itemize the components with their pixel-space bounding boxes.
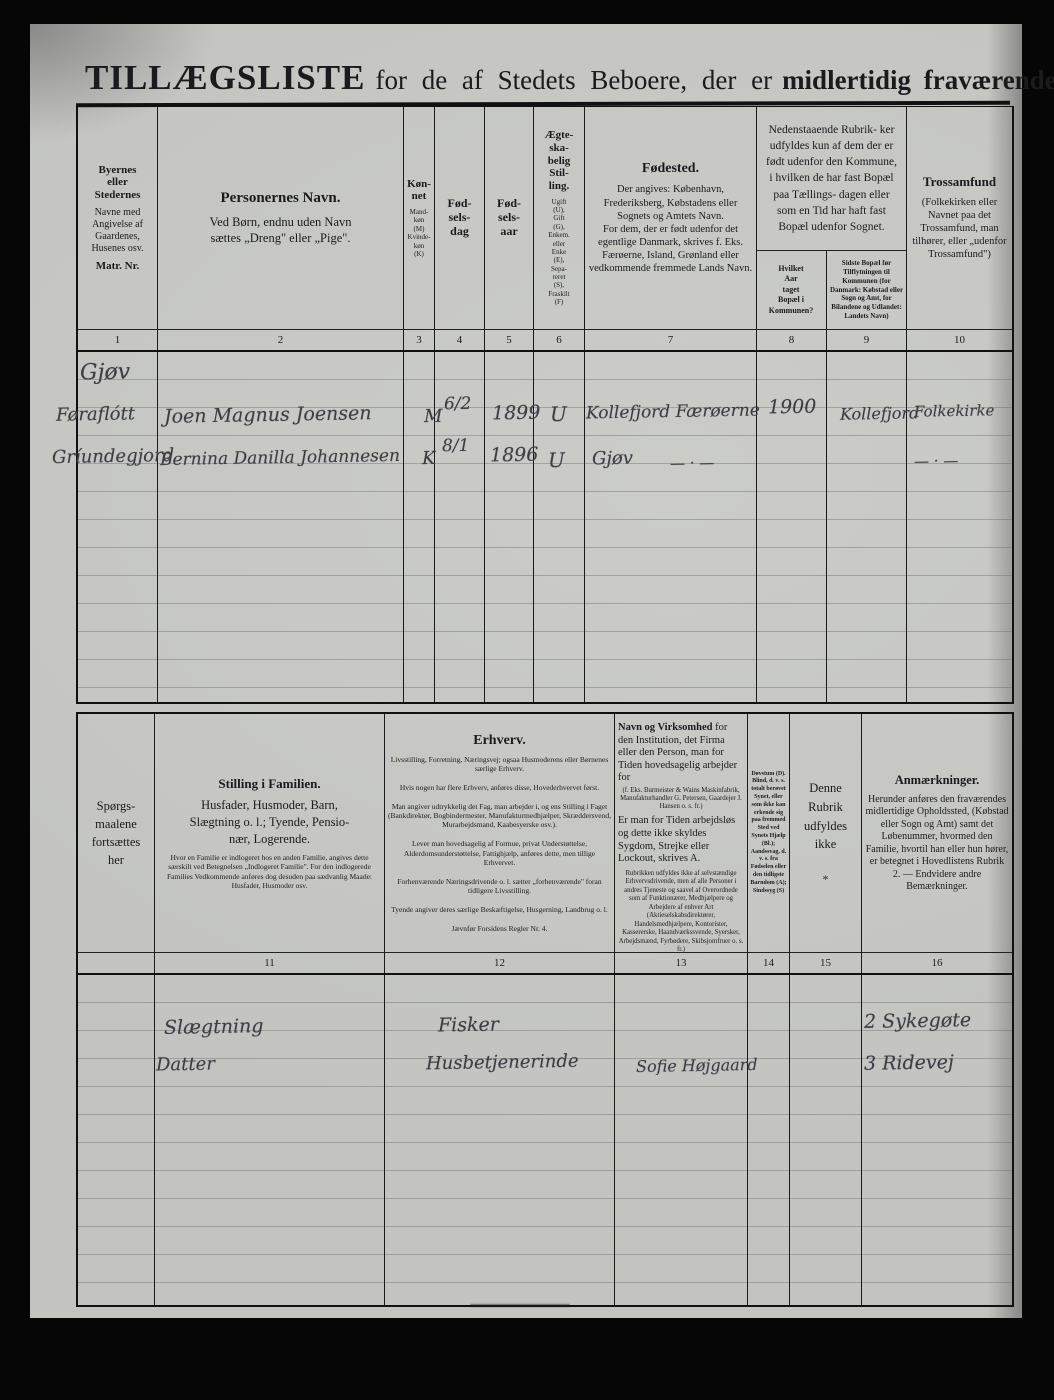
entry1-birth-day: 6/2	[444, 394, 472, 414]
header-place-regular: Navne med Angivelse af Gaardenes, Husene…	[91, 207, 143, 255]
header-occupation-title: Erhverv.	[473, 733, 526, 750]
body-col-12	[385, 975, 615, 1305]
header-birthplace-title: Fødested.	[642, 161, 699, 178]
header-year-moved-text: Hvilket Aar taget Bopæl i Kommunen?	[769, 264, 813, 316]
entry1-birthplace: Kollefjord Færøerne	[586, 400, 760, 423]
table1-header-row: Byernes eller Stedernes Navne med Angive…	[78, 107, 1012, 329]
header-last-residence-text: Sidste Bopæl før Tilflytningen til Kommu…	[829, 259, 905, 320]
header-continuation-stub: Spørgs- maalene fortsættes her	[78, 714, 155, 952]
table1-column-numbers: 1 2 3 4 5 6 7 8 9 10	[78, 329, 1012, 352]
col-num-3: 3	[404, 330, 435, 350]
header-year-moved: Hvilket Aar taget Bopæl i Kommunen?	[757, 251, 827, 329]
entry1-birth-year: 1899	[492, 402, 541, 425]
header-birthplace-sub: Der angives: København, Frederiksberg, K…	[588, 183, 753, 275]
header-place: Byernes eller Stedernes Navne med Angive…	[78, 107, 158, 329]
header-birthplace: Fødested. Der angives: København, Freder…	[585, 107, 757, 329]
col-num-2: 2	[158, 330, 404, 350]
entry2-employer: Sofie Højgaard	[636, 1055, 758, 1076]
header-continuation-text: Spørgs- maalene fortsættes her	[92, 797, 141, 870]
table2-header-row: Spørgs- maalene fortsættes her Stilling …	[78, 714, 1012, 952]
entry2-birthplace: Gjøv	[592, 448, 633, 470]
header-disability: Døvstum (D). Blind, d. v. s. totalt berø…	[748, 714, 790, 952]
header-name: Personernes Navn. Ved Børn, endnu uden N…	[158, 107, 404, 329]
entry1-last-residence: Kollefjord	[840, 403, 920, 423]
col-num-10: 10	[907, 330, 1012, 350]
body-col-13	[615, 975, 748, 1305]
header-occupation: Erhverv. Livsstilling, Forretning, Nærin…	[385, 714, 615, 952]
header-sex-title: Køn- net	[407, 178, 431, 203]
header-birth-day-title: Fød- sels- dag	[448, 197, 472, 238]
header-last-residence: Sidste Bopæl før Tilflytningen til Kommu…	[827, 251, 907, 329]
header-remarks-title: Anmærkninger.	[895, 773, 980, 788]
header-unused-mark: *	[823, 872, 829, 887]
header-remarks: Anmærkninger. Herunder anføres den fravæ…	[862, 714, 1012, 952]
entry-place-heading: Gjøv	[80, 360, 131, 386]
header-birth-day: Fød- sels- dag	[435, 107, 485, 329]
table2-column-numbers: 11 12 13 14 15 16	[78, 952, 1012, 975]
page-title: TILLÆGSLISTE for de af Stedets Beboere, …	[85, 58, 1005, 98]
entry1-year-moved: 1900	[768, 396, 817, 419]
col-num-13: 13	[615, 953, 748, 973]
header-group-moved: Nedenstaaende Rubrik- ker udfyldes kun a…	[757, 107, 907, 329]
header-employer-mid: Er man for Tiden arbejdsløs og dette ikk…	[618, 815, 744, 865]
header-family-position: Stilling i Familien. Husfader, Husmoder,…	[155, 714, 385, 952]
entry2-religion-ditto: — · —	[914, 452, 959, 471]
header-place-bold-top: Byernes eller Stedernes	[95, 164, 141, 202]
body-col-14	[748, 975, 790, 1305]
entry2-birthplace-ditto: — · —	[670, 454, 715, 473]
body-col-3	[404, 352, 435, 702]
table-absentees-part2: Spørgs- maalene fortsættes her Stilling …	[76, 712, 1014, 1307]
entry2-birth-year: 1896	[490, 444, 539, 467]
col-num-14: 14	[748, 953, 790, 973]
header-sex-sub: Mand- køn (M) Kvinde- køn (K)	[408, 208, 431, 258]
entry2-family-position: Datter	[156, 1053, 215, 1075]
header-place-bold-bottom: Matr. Nr.	[96, 260, 139, 273]
header-marital-status: Ægte- ska- belig Stil- ling. Ugift (U), …	[534, 107, 585, 329]
entry2-marital: U	[548, 448, 565, 472]
header-unused-column: Denne Rubrik udfyldes ikke *	[790, 714, 862, 952]
header-name-sub: Ved Børn, endnu uden Navn sættes „Dreng"…	[210, 214, 352, 248]
header-employer: Navn og Virksomhed for den Institution, …	[615, 714, 748, 952]
entry1-name: Joen Magnus Joensen	[164, 402, 372, 428]
header-disability-text: Døvstum (D). Blind, d. v. s. totalt berø…	[750, 771, 787, 896]
header-family-position-fine: Hvor en Familie er indlogeret hos en and…	[158, 853, 381, 891]
header-religion-sub: (Folkekirken eller Navnet paa det Trossa…	[910, 196, 1009, 262]
header-group-moved-subrow: Hvilket Aar taget Bopæl i Kommunen? Sids…	[757, 250, 907, 329]
header-occupation-fine: Livsstilling, Forretning, Næringsvej; og…	[388, 755, 611, 933]
header-employer-title-bold: Navn og Virksomhed	[618, 722, 713, 733]
header-remarks-sub: Herunder anføres den fraværendes midlert…	[865, 794, 1009, 894]
col-num-9: 9	[827, 330, 907, 350]
col-num-11: 11	[155, 953, 385, 973]
header-birth-year: Fød- sels- aar	[485, 107, 534, 329]
entry2-birth-day: 8/1	[442, 436, 470, 456]
col-num-12: 12	[385, 953, 615, 973]
entry2-name: Bernina Danilla Johannesen	[160, 446, 400, 470]
col-num-5: 5	[485, 330, 534, 350]
col-num-stub	[78, 953, 155, 973]
entry1-family-position: Slægtning	[164, 1015, 264, 1039]
header-religion-title: Trossamfund	[923, 174, 996, 190]
header-marital-sub: Ugift (U), Gift (G), Enkem. eller Enke (…	[548, 198, 570, 307]
body-col-15	[790, 975, 862, 1305]
col-num-1: 1	[78, 330, 158, 350]
entry1-religion: Folkekirke	[914, 401, 995, 420]
entry1-marital: U	[550, 402, 567, 426]
header-family-position-sub: Husfader, Husmoder, Barn, Slægtning o. l…	[190, 797, 350, 848]
col-num-6: 6	[534, 330, 585, 350]
entry1-sex: M	[424, 406, 443, 427]
header-sex: Køn- net Mand- køn (M) Kvinde- køn (K)	[404, 107, 435, 329]
header-birth-year-title: Fød- sels- aar	[497, 197, 521, 238]
header-family-position-title: Stilling i Familien.	[218, 776, 320, 792]
entry2-place: Gríundegjord	[52, 445, 175, 468]
entry1-occupation: Fisker	[438, 1013, 499, 1036]
entry2-remark: 3 Ridevej	[864, 1051, 954, 1075]
entry1-place: Føraflótt	[56, 403, 135, 425]
header-employer-paren: (f. Eks. Burmeister & Wains Maskinfabrik…	[618, 787, 744, 811]
header-religion: Trossamfund (Folkekirken eller Navnet pa…	[907, 107, 1012, 329]
entry1-remark: 2 Sykegøte	[864, 1009, 971, 1033]
form-title-emphasis: midlertidig fraværende.	[782, 65, 1054, 95]
form-title-middle: for de af Stedets Beboere, der er	[369, 65, 778, 95]
body-col-stub	[78, 975, 155, 1305]
header-name-title: Personernes Navn.	[221, 189, 341, 208]
header-employer-fine: Rubrikken udfyldes ikke af selvstændige …	[618, 870, 744, 952]
header-unused-text: Denne Rubrik udfyldes ikke	[804, 779, 847, 854]
col-num-7: 7	[585, 330, 757, 350]
form-title-main: TILLÆGSLISTE	[85, 58, 365, 97]
printer-imprint	[470, 1304, 570, 1307]
col-num-8: 8	[757, 330, 827, 350]
entry2-sex: K	[422, 448, 436, 469]
col-num-15: 15	[790, 953, 862, 973]
entry2-occupation: Husbetjenerinde	[426, 1051, 579, 1075]
header-group-moved-text: Nedenstaaende Rubrik- ker udfyldes kun a…	[757, 107, 906, 250]
header-employer-title: Navn og Virksomhed for den Institution, …	[618, 722, 744, 785]
census-form-scan: TILLÆGSLISTE for de af Stedets Beboere, …	[30, 24, 1022, 1318]
header-marital-title: Ægte- ska- belig Stil- ling.	[545, 129, 574, 192]
col-num-16: 16	[862, 953, 1012, 973]
col-num-4: 4	[435, 330, 485, 350]
